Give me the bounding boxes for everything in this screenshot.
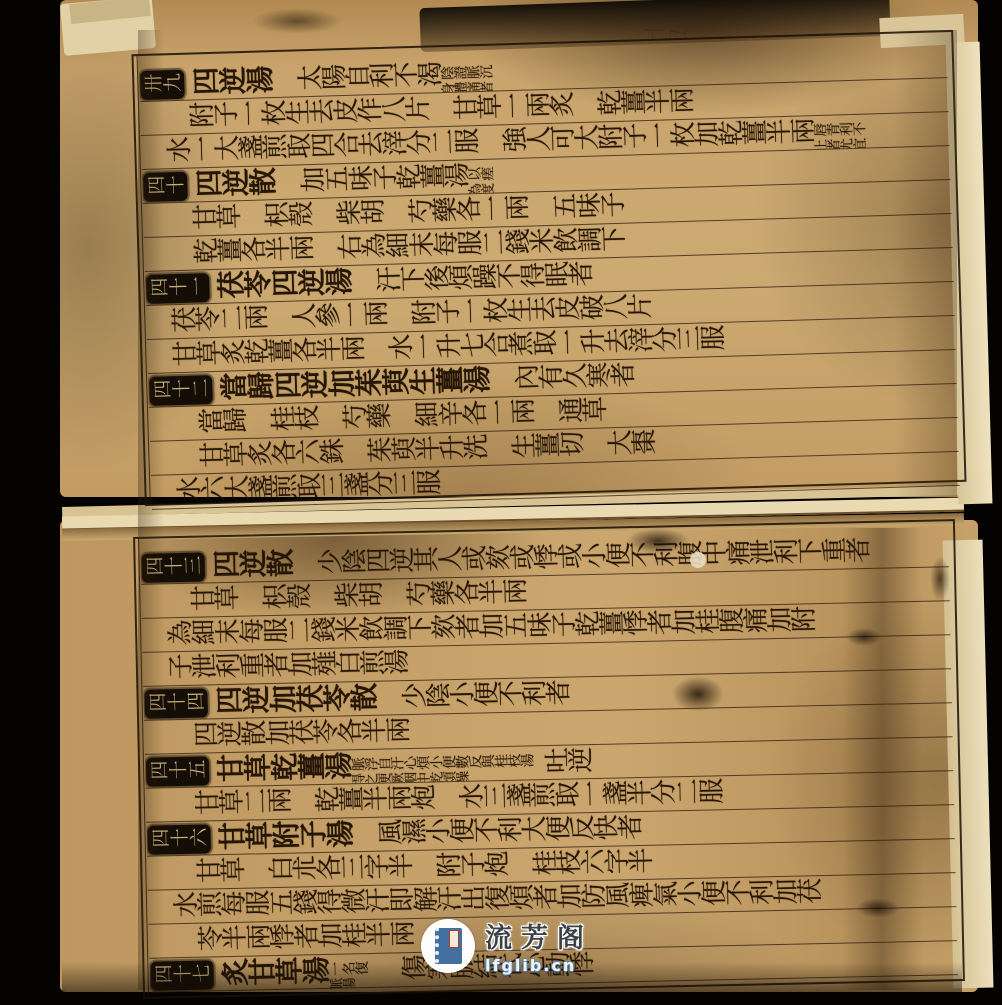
formula-text: 少陰小便不利者 [376, 680, 569, 714]
formula-text: 四逆散加茯苓各半兩 [144, 717, 409, 753]
formula-text: 太陽自利不渴 [272, 61, 441, 96]
ink-smudge [672, 676, 724, 712]
formula-name: 四逆散 [194, 166, 276, 201]
formula-text: 吐逆 [543, 747, 592, 778]
formula-name: 炙甘草湯 [220, 955, 329, 990]
formula-name: 四逆加茯苓散 [214, 682, 377, 719]
interlinear-commentary: 一名復脈湯 [328, 961, 377, 993]
formula-text: 子泄利重者加薤白煎湯 [143, 649, 408, 685]
ink-smudge [930, 556, 950, 602]
formula-text: 水六大盞煎取三盞分三服 [151, 469, 440, 508]
formula-text: 加五味子乾薑湯 [275, 162, 468, 198]
formula-text: 苓半兩悸者加桂半兩 [149, 921, 414, 957]
formula-number-seal: 四十一 [146, 273, 210, 304]
upper-page-frame: 卅九四逆湯 太陽自利不渴陰證脈沉身體痛者 附子一枚生去皮作八片 甘草一兩炙 乾薑… [131, 30, 966, 506]
formula-number-seal: 四十三 [141, 552, 205, 582]
ink-smudge [856, 898, 900, 918]
formula-name: 甘草乾薑湯 [216, 750, 352, 786]
ink-smudge [626, 528, 690, 554]
formula-number-seal: 四十二 [149, 375, 213, 406]
ink-smudge [846, 628, 882, 646]
formula-name: 茯苓四逆湯 [216, 266, 352, 303]
formula-number-seal: 四十七 [150, 960, 214, 990]
upper-page: 卅九四逆湯 太陽自利不渴陰證脈沉身體痛者 附子一枚生去皮作八片 甘草一兩炙 乾薑… [131, 30, 966, 506]
formula-text: 甘草 枳殼 柴胡 芍藥各半兩 [141, 578, 526, 616]
formula-name: 四逆散 [211, 548, 293, 583]
site-watermark: 流芳阁 lfglib.cn [421, 916, 593, 975]
formula-number-seal: 四十四 [144, 688, 208, 718]
formula-number-seal: 四十 [143, 172, 188, 202]
formula-number-seal: 卅九 [140, 70, 185, 100]
formula-number-seal: 四十六 [147, 824, 211, 854]
ink-smudge [252, 8, 342, 34]
formula-text: 風濕小便不利大便反快者 [352, 814, 641, 850]
watermark-site-name: 流芳阁 [485, 916, 593, 955]
book-photo: 十五 卅九四逆湯 太陽自利不渴陰證脈沉身體痛者 附子一枚生去皮作八片 甘草一兩炙… [0, 0, 1002, 1005]
watermark-site-url: lfglib.cn [485, 956, 593, 975]
watermark-circle [421, 919, 475, 973]
formula-name: 甘草附子湯 [217, 818, 353, 854]
watermark-text: 流芳阁 lfglib.cn [485, 916, 593, 975]
stitched-book-icon [435, 928, 462, 964]
formula-number-seal: 四十五 [146, 756, 210, 786]
formula-text: 內有久寒者 [489, 362, 634, 396]
formula-text: 汗下後煩躁不得眠者 [351, 261, 592, 298]
paper-worn-speck [690, 552, 706, 568]
formula-name: 四逆湯 [191, 64, 273, 99]
